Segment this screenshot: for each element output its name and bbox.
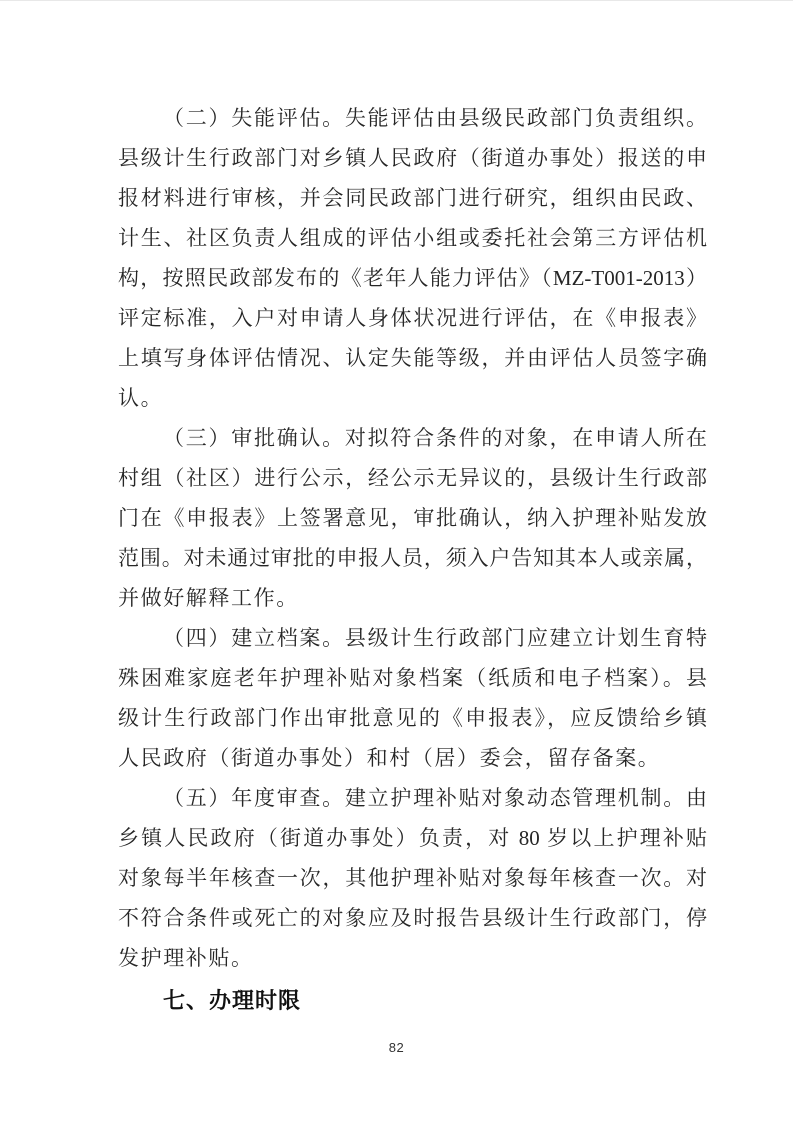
- text-line: 对象每半年核查一次，其他护理补贴对象每年核查一次。对: [118, 858, 707, 898]
- text-line: 级计生行政部门作出审批意见的《申报表》，应反馈给乡镇: [118, 698, 707, 738]
- paragraph: （五）年度审查。建立护理补贴对象动态管理机制。由乡镇人民政府（街道办事处）负责，…: [118, 778, 707, 978]
- text-line: 范围。对未通过审批的申报人员，须入户告知其本人或亲属，: [118, 538, 707, 578]
- text-line: （五）年度审查。建立护理补贴对象动态管理机制。由: [118, 778, 707, 818]
- text-line: 上填写身体评估情况、认定失能等级，并由评估人员签字确: [118, 338, 707, 378]
- text-line: 人民政府（街道办事处）和村（居）委会，留存备案。: [118, 738, 707, 778]
- text-line: 并做好解释工作。: [118, 578, 707, 618]
- text-line: 门在《申报表》上签署意见，审批确认，纳入护理补贴发放: [118, 498, 707, 538]
- text-line: 殊困难家庭老年护理补贴对象档案（纸质和电子档案）。县: [118, 658, 707, 698]
- document-page: （二）失能评估。失能评估由县级民政部门负责组织。县级计生行政部门对乡镇人民政府（…: [0, 0, 793, 1122]
- page-number: 82: [0, 1040, 793, 1055]
- paragraph: （四）建立档案。县级计生行政部门应建立计划生育特殊困难家庭老年护理补贴对象档案（…: [118, 618, 707, 778]
- scan-edge-artifact: [0, 0, 793, 1]
- text-line: 评定标准，入户对申请人身体状况进行评估，在《申报表》: [118, 298, 707, 338]
- text-line: （三）审批确认。对拟符合条件的对象，在申请人所在: [118, 418, 707, 458]
- text-line: 县级计生行政部门对乡镇人民政府（街道办事处）报送的申: [118, 138, 707, 178]
- section-heading: 七、办理时限: [118, 981, 707, 1021]
- text-line: 计生、社区负责人组成的评估小组或委托社会第三方评估机: [118, 218, 707, 258]
- text-line: （二）失能评估。失能评估由县级民政部门负责组织。: [118, 98, 707, 138]
- paragraph: （二）失能评估。失能评估由县级民政部门负责组织。县级计生行政部门对乡镇人民政府（…: [118, 98, 707, 418]
- text-line: 发护理补贴。: [118, 938, 707, 978]
- text-line: 乡镇人民政府（街道办事处）负责，对 80 岁以上护理补贴: [118, 818, 707, 858]
- text-line: 不符合条件或死亡的对象应及时报告县级计生行政部门，停: [118, 898, 707, 938]
- text-line: （四）建立档案。县级计生行政部门应建立计划生育特: [118, 618, 707, 658]
- paragraph: （三）审批确认。对拟符合条件的对象，在申请人所在村组（社区）进行公示，经公示无异…: [118, 418, 707, 618]
- text-line: 构，按照民政部发布的《老年人能力评估》（MZ-T001-2013）: [118, 258, 707, 298]
- text-line: 村组（社区）进行公示，经公示无异议的，县级计生行政部: [118, 458, 707, 498]
- text-line: 报材料进行审核，并会同民政部门进行研究，组织由民政、: [118, 178, 707, 218]
- document-body: （二）失能评估。失能评估由县级民政部门负责组织。县级计生行政部门对乡镇人民政府（…: [118, 98, 707, 1021]
- text-line: 认。: [118, 378, 707, 418]
- paragraphs-container: （二）失能评估。失能评估由县级民政部门负责组织。县级计生行政部门对乡镇人民政府（…: [118, 98, 707, 978]
